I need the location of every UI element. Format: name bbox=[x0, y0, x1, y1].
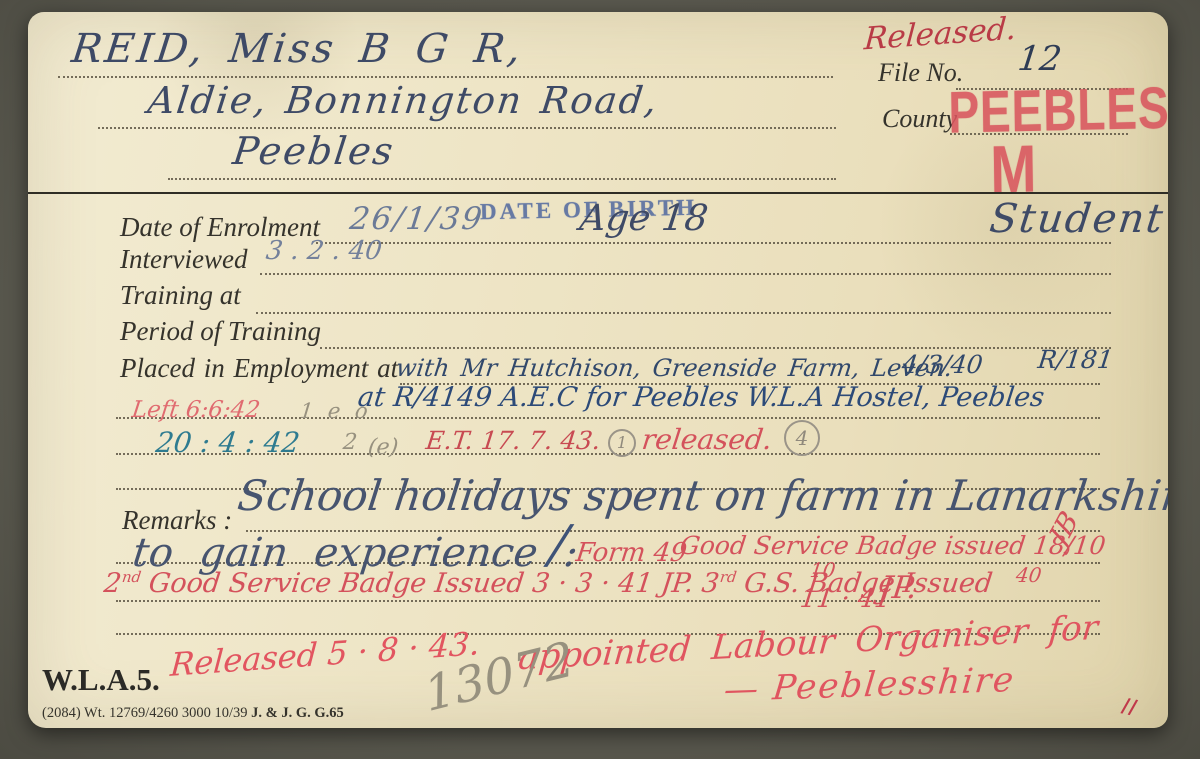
age-note: Age 18 bbox=[578, 200, 710, 238]
file-no-value: 12 bbox=[1016, 42, 1064, 78]
county-label: County bbox=[882, 105, 957, 132]
training-at-label: Training at bbox=[120, 281, 241, 309]
interviewed-date: 3 . 2 . 40 bbox=[264, 238, 383, 265]
pencil-circled-1: 1 bbox=[608, 429, 636, 457]
badge-2-day: 10 bbox=[809, 560, 837, 581]
released-annotation: Released. bbox=[863, 13, 1017, 56]
dotted-line bbox=[58, 76, 833, 78]
placed-label: Placed in Employment at bbox=[120, 354, 398, 382]
form-49-note: Form 49 bbox=[574, 540, 688, 567]
registrant-name: REID, Miss B G R, bbox=[69, 28, 525, 70]
imprint-left: (2084) Wt. 12769/4260 3000 10/39 bbox=[42, 705, 251, 721]
enrolment-date: 26/1/39 bbox=[348, 203, 486, 236]
badge-1-note: Good Service Badge issued 18/10 bbox=[678, 533, 1107, 559]
record-card: REID, Miss B G R, Aldie, Bonnington Road… bbox=[28, 12, 1168, 728]
dotted-line bbox=[320, 347, 1111, 349]
employment-terminated-note: E.T. 17. 7. 43. bbox=[424, 428, 602, 454]
placement-1-ref: R/181 bbox=[1036, 347, 1114, 373]
address-line-2: Peebles bbox=[231, 132, 397, 172]
dotted-line bbox=[168, 178, 836, 180]
placement-1-entry: with Mr Hutchison, Greenside Farm, Leven… bbox=[394, 356, 953, 381]
pencil-circled-4: 4 bbox=[784, 420, 820, 456]
interviewed-label: Interviewed bbox=[120, 245, 247, 273]
left-date-note: Left 6:6:42 bbox=[131, 398, 262, 422]
badge-2-ordinal-2: 3 bbox=[700, 568, 721, 599]
remarks-line-1: School holidays spent on farm in Lanarks… bbox=[235, 474, 1168, 518]
dotted-line bbox=[256, 312, 1111, 314]
red-corner-mark: // bbox=[1120, 695, 1139, 719]
pencil-note-3: (e) bbox=[367, 436, 400, 459]
county-stamp: PEEBLES bbox=[948, 77, 1168, 144]
released-row-note: released. bbox=[640, 425, 774, 454]
period-of-training-label: Period of Training bbox=[120, 317, 321, 345]
placement-1-date: 4/3/40 bbox=[900, 352, 984, 378]
badge-1-year: 40 bbox=[1015, 565, 1043, 586]
dotted-line bbox=[98, 127, 836, 129]
ruled-line bbox=[28, 192, 1168, 194]
placement-2-date: 20 : 4 : 42 bbox=[154, 428, 301, 457]
appointed-note-line-2: — Peeblesshire bbox=[722, 663, 1017, 709]
form-code: W.L.A.5. bbox=[42, 664, 160, 697]
pencil-note-2: 2 bbox=[342, 431, 358, 454]
badge-2-text-1: Good Service Badge Issued 3 · 3 · 41 JP. bbox=[138, 568, 703, 599]
dotted-line bbox=[116, 600, 1100, 602]
placement-2-entry: at R/4149 A.E.C for Peebles W.L.A Hostel… bbox=[356, 384, 1045, 412]
address-line-1: Aldie, Bonnington Road, bbox=[146, 82, 661, 121]
badge-2-initials: JP. bbox=[878, 572, 919, 605]
imprint-right: J. & J. G. G.65 bbox=[251, 705, 344, 721]
dotted-line bbox=[116, 417, 1100, 419]
printer-imprint: (2084) Wt. 12769/4260 3000 10/39 J. & J.… bbox=[42, 706, 344, 721]
dotted-line bbox=[316, 242, 1111, 244]
occupation-note: Student bbox=[987, 198, 1167, 240]
dotted-line bbox=[260, 273, 1111, 275]
